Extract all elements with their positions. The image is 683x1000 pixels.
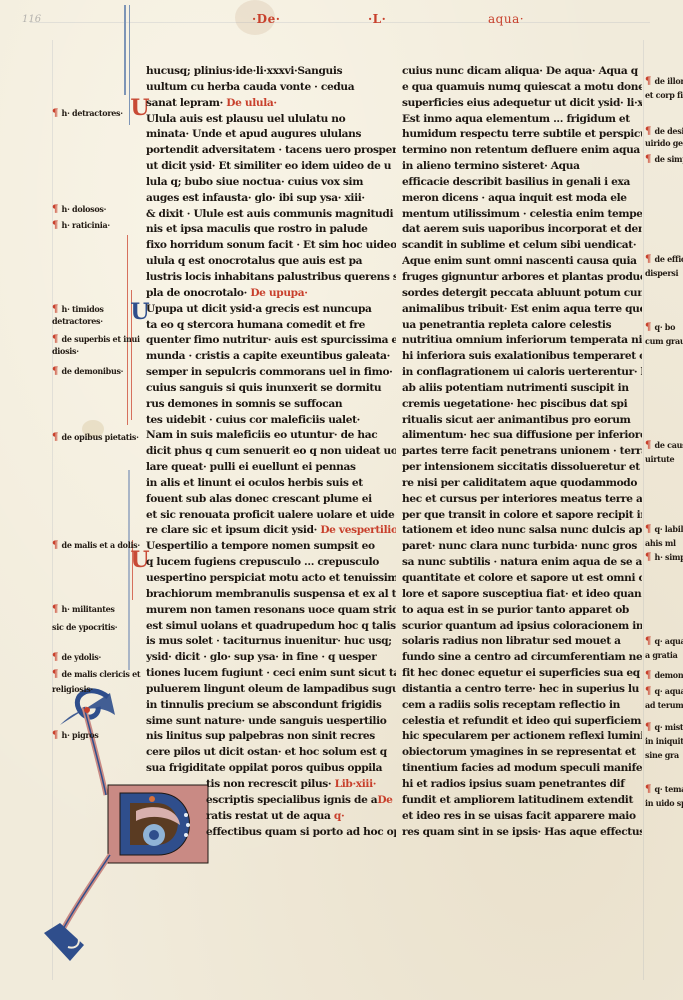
paragraph-mark-icon: ¶: [645, 722, 651, 733]
text-line: cuius sanguis si quis inunxerit se dormi…: [146, 381, 396, 397]
margin-note: religiosis·: [52, 684, 93, 694]
margin-note: ¶ de desid: [645, 126, 683, 137]
paragraph-mark-icon: ¶: [52, 366, 58, 377]
text-line: pla de onocrotalo· De upupa·: [146, 286, 396, 302]
text-line: uultum cu herba cauda vonte · cedua: [146, 80, 396, 96]
right-text-column: cuius nunc dicam aliqua· De aqua· Aqua q…: [402, 64, 642, 840]
margin-note: cum grauit: [645, 336, 683, 346]
text-line: Nam in suis maleficiis eo utuntur· de ha…: [146, 428, 396, 444]
text-line: re nisi per caliditatem aque quodammodo: [402, 476, 642, 492]
margin-note: ¶ de effic: [645, 254, 683, 265]
text-line: res quam sint in se ipsis· Has aque effe…: [402, 825, 642, 841]
pen-flourish-blue: [124, 5, 126, 95]
text-line: brachiorum membranulis suspensa et ex al…: [146, 587, 396, 603]
text-line: humidum respectu terre subtile et perspi…: [402, 127, 642, 143]
margin-note: ¶ q· tema: [645, 784, 683, 795]
margin-note: ¶ de superbis et inui: [52, 334, 140, 345]
text-line: in conflagrationem ui caloris uerterentu…: [402, 365, 642, 381]
text-line: sa nunc subtilis · natura enim aqua de s…: [402, 555, 642, 571]
margin-note: ¶ h· militantes: [52, 604, 115, 615]
rubric-de-upupa: De upupa·: [250, 287, 307, 299]
paragraph-mark-icon: ¶: [645, 254, 651, 265]
text-line: cuius nunc dicam aliqua· De aqua· Aqua q: [402, 64, 642, 80]
paragraph-mark-icon: ¶: [52, 730, 58, 741]
text-line: lula q; bubo siue noctua· cuius vox sim: [146, 175, 396, 191]
text-line: ratis restat ut de aqua q·: [146, 809, 396, 825]
margin-note: et corp fin: [645, 90, 683, 100]
text-line: obiectorum ymagines in se representat et: [402, 745, 642, 761]
text-line: cem a radiis solis receptam reflectio in: [402, 698, 642, 714]
text-line: & dixit · Ulule est auis communis magnit…: [146, 207, 396, 223]
text-line: tiones lucem fugiunt · ceci enim sunt si…: [146, 666, 396, 682]
text-line: ulula q est onocrotalus que auis est pa: [146, 254, 396, 270]
text-line: nis linitus sup palpebras non sinit recr…: [146, 729, 396, 745]
text-line: ua penetrantia repleta calore celestis: [402, 318, 642, 334]
paragraph-mark-icon: ¶: [645, 440, 651, 451]
text-line: minata· Unde et apud augures ululans: [146, 127, 396, 143]
text-line: Est inmo aqua elementum ... frigidum et: [402, 112, 642, 128]
rubric-de-vespertilione: De vespertilione·: [320, 524, 396, 536]
margin-note: ¶ de caus: [645, 440, 683, 451]
text-line: in alieno termino sisteret· Aqua: [402, 159, 642, 175]
text-line: puluerem lingunt oleum de lampadibus sug…: [146, 682, 396, 698]
text-line: superficies eius adequetur ut dicit ysid…: [402, 96, 642, 112]
text-line: Aque enim sunt omni nascenti causa quia: [402, 254, 642, 270]
text-line: uespertino perspiciat motu acto et tenui…: [146, 571, 396, 587]
text-line: tationem et ideo nunc salsa nunc dulcis …: [402, 523, 642, 539]
text-line: Ulula auis est plausu uel ululatu no: [146, 112, 396, 128]
margin-note: uirtute: [645, 454, 674, 464]
margin-note: ahis ml: [645, 538, 676, 548]
text-line: hic specularem per actionem reflexi lumi…: [402, 729, 642, 745]
text-line: lare queat· pulli ei euellunt ei pennas: [146, 460, 396, 476]
paragraph-mark-icon: ¶: [52, 204, 58, 215]
text-line: ut dicit ysid· Et similiter eo idem uide…: [146, 159, 396, 175]
text-line: semper in sepulcris commorans uel in fim…: [146, 365, 396, 381]
margin-note: ¶ de simp: [645, 154, 683, 165]
text-line: portendit adversitatem · tacens uero pro…: [146, 143, 396, 159]
text-line: efficacie describit basilius in genali i…: [402, 175, 642, 191]
text-line: fundo sine a centro ad circumferentiam n…: [402, 650, 642, 666]
text-line: munda · cristis a capite exeuntibus gale…: [146, 349, 396, 365]
paragraph-mark-icon: ¶: [645, 686, 651, 697]
text-line: murem non tamen resonans uoce quam strid…: [146, 603, 396, 619]
margin-note: dispersi: [645, 268, 678, 278]
margin-note: in uido sp: [645, 798, 683, 808]
text-line: hec et cursus per interiores meatus terr…: [402, 492, 642, 508]
paragraph-mark-icon: ¶: [645, 670, 651, 681]
text-line: in alis et linunt ei oculos herbis suis …: [146, 476, 396, 492]
text-line: hi inferiora suis exalationibus temperar…: [402, 349, 642, 365]
running-header-left: ·De·: [252, 12, 280, 26]
paragraph-mark-icon: ¶: [52, 432, 58, 443]
margin-note: ¶ de opibus pietatis·: [52, 432, 139, 443]
text-line: celestia et refundit et ideo qui superfi…: [402, 714, 642, 730]
text-line: e qua quamuis numq quiescat a motu donec: [402, 80, 642, 96]
rubric-de-aqua: De a: [377, 794, 396, 806]
paragraph-mark-icon: ¶: [645, 76, 651, 87]
text-line: solaris radius non libratur sed mouet a: [402, 634, 642, 650]
text-line: Uespertilio a tempore nomen sumpsit eo: [146, 539, 396, 555]
text-line: mentum utilissimum · celestia enim tempe…: [402, 207, 642, 223]
paragraph-mark-icon: ¶: [52, 604, 58, 615]
paragraph-mark-icon: ¶: [645, 636, 651, 647]
pen-flourish-red: [127, 235, 128, 425]
text-line: nis et ipsa maculis que rostro in palude: [146, 222, 396, 238]
paragraph-mark-icon: ¶: [52, 652, 58, 663]
text-line: quantitate et colore et sapore ut est om…: [402, 571, 642, 587]
text-line: scurior quantum ad ipsius coloracionem i…: [402, 619, 642, 635]
margin-note: uirido ge: [645, 138, 683, 148]
text-line: lustris locis inhabitans palustribus que…: [146, 270, 396, 286]
text-line: distantia a centro terre· hec in superiu…: [402, 682, 642, 698]
text-line: ta eo q stercora humana comedit et fre: [146, 318, 396, 334]
text-line: hucusq; plinius·ide·li·xxxvi·Sanguis: [146, 64, 396, 80]
text-line: fixo horridum sonum facit · Et sim hoc u…: [146, 238, 396, 254]
margin-note: sine gra: [645, 750, 679, 760]
text-line: q lucem fugiens crepusculo ... crepuscul…: [146, 555, 396, 571]
ruling-line: [30, 22, 650, 23]
text-line: sua frigiditate oppilat poros quibus opp…: [146, 761, 396, 777]
margin-note: ¶ h· simp: [645, 552, 683, 563]
running-header-middle: ·L·: [368, 12, 386, 26]
paragraph-mark-icon: ¶: [52, 220, 58, 231]
paragraph-mark-icon: ¶: [645, 524, 651, 535]
manuscript-page: 116 ·De· ·L· aqua· U U U h: [0, 0, 683, 1000]
paragraph-mark-icon: ¶: [52, 540, 58, 551]
text-line: tinentium facies ad modum speculi manife…: [402, 761, 642, 777]
text-line: nutritiua omnium inferiorum temperata ni…: [402, 333, 642, 349]
margin-note: ¶ demon: [645, 670, 683, 681]
margin-note: in iniquit: [645, 736, 683, 746]
text-line: ab aliis potentiam nutrimenti suscipit i…: [402, 381, 642, 397]
text-line: fruges gignuntur arbores et plantas prod…: [402, 270, 642, 286]
text-line: per que transit in colore et sapore reci…: [402, 508, 642, 524]
folio-number: 116: [22, 14, 41, 25]
text-line: sanat lepram· De ulula·: [146, 96, 396, 112]
text-line: rus demones in somnis se suffocan: [146, 397, 396, 413]
text-line: lore et sapore susceptiua fiat· et ideo …: [402, 587, 642, 603]
text-line: meron dicens · aqua inquit est moda ele: [402, 191, 642, 207]
margin-note: ¶ de malis clericis et: [52, 669, 140, 680]
text-line: escriptis specialibus ignis de aDe a: [146, 793, 396, 809]
paragraph-mark-icon: ¶: [645, 552, 651, 563]
text-line: sordes detergit peccata abluunt potum cu…: [402, 286, 642, 302]
margin-note: ¶ h· detractores·: [52, 108, 123, 119]
text-line: dicit phus q cum senuerit eo q non uidea…: [146, 444, 396, 460]
running-header-right: aqua·: [488, 12, 524, 26]
margin-note: ¶ h· timidos: [52, 304, 104, 315]
text-line: termino non retentum defluere enim aqua …: [402, 143, 642, 159]
text-line: re clare sic et ipsum dicit ysid· De ves…: [146, 523, 396, 539]
paragraph-mark-icon: ¶: [52, 334, 58, 345]
text-line: Upupa ut dicit ysid·a grecis est nuncupa: [146, 302, 396, 318]
paragraph-mark-icon: ¶: [52, 108, 58, 119]
text-line: fouent sub alas donec crescant plume ei: [146, 492, 396, 508]
text-line: est simul uolans et quadrupedum hoc q ta…: [146, 619, 396, 635]
text-line: cremis uegetatione· hec piscibus dat spi: [402, 397, 642, 413]
rubric-liber: Lib·xiii·: [335, 778, 377, 790]
text-line: in tinnulis precium se abscondunt frigid…: [146, 698, 396, 714]
text-line: animalibus tribuit· Est enim aqua terre …: [402, 302, 642, 318]
margin-note: a gratia: [645, 650, 677, 660]
text-line: fit hec donec equetur ei superficies sua…: [402, 666, 642, 682]
margin-note: ¶ h· pigros: [52, 730, 99, 741]
text-line: partes terre facit penetrans unionem · t…: [402, 444, 642, 460]
text-line: alimentum· hec sua diffusione per inferi…: [402, 428, 642, 444]
text-line: sime sunt nature· unde sanguis uespertil…: [146, 714, 396, 730]
text-line: is mus solet · taciturnus inuenitur· huc…: [146, 634, 396, 650]
margin-note: diosis·: [52, 346, 79, 356]
margin-note: ¶ de malis et a dolis·: [52, 540, 140, 551]
text-line: hi et radios ipsius suam penetrantes dif: [402, 777, 642, 793]
margin-note: ¶ de demonibus·: [52, 366, 123, 377]
text-line: fundit et ampliorem latitudinem extendit: [402, 793, 642, 809]
rubric-aqua-end: q·: [334, 810, 344, 822]
margin-note: sic de ypocritis·: [52, 622, 117, 632]
left-text-column: hucusq; plinius·ide·li·xxxvi·Sanguis uul…: [146, 64, 396, 840]
text-line: dat aerem suis uaporibus incorporat et d…: [402, 222, 642, 238]
paragraph-mark-icon: ¶: [52, 669, 58, 680]
text-line: et sic renouata proficit ualere uolare e…: [146, 508, 396, 524]
margin-note: ad terum: [645, 700, 683, 710]
text-line: tis non recrescit pilus· Lib·xiii·: [146, 777, 396, 793]
margin-note: ¶ q· mist: [645, 722, 683, 733]
margin-note: detractores·: [52, 316, 103, 326]
text-line: to aqua est in se purior tanto apparet o…: [402, 603, 642, 619]
text-line: auges est infausta· glo· ibi sup ysa· xi…: [146, 191, 396, 207]
text-line: effectibus quam si porto ad hoc op: [146, 825, 396, 841]
margin-note: ¶ de illorum: [645, 76, 683, 87]
text-line: ritualis sicut aer animantibus pro eorum: [402, 413, 642, 429]
paragraph-mark-icon: ¶: [645, 126, 651, 137]
paragraph-mark-icon: ¶: [645, 322, 651, 333]
text-line: et ideo res in se uisas facit apparere m…: [402, 809, 642, 825]
paragraph-mark-icon: ¶: [52, 304, 58, 315]
paragraph-mark-icon: ¶: [645, 784, 651, 795]
margin-note: ¶ de ydolis·: [52, 652, 101, 663]
text-line: ysid· dicit · glo· sup ysa· in fine · q …: [146, 650, 396, 666]
margin-note: ¶ q· aqua: [645, 686, 683, 697]
margin-note: ¶ h· dolosos·: [52, 204, 106, 215]
text-line: cere pilos ut dicit ostan· et hoc solum …: [146, 745, 396, 761]
margin-note: ¶ q· aqua: [645, 636, 683, 647]
text-line: quenter fimo nutritur· auis est spurciss…: [146, 333, 396, 349]
margin-note: ¶ q· bo: [645, 322, 675, 333]
right-margin: ¶ de illorum et corp fin ¶ de desid uiri…: [643, 0, 683, 1000]
text-line: scandit in sublime et celum sibi uendica…: [402, 238, 642, 254]
text-line: per intensionem siccitatis dissolueretur…: [402, 460, 642, 476]
text-line: tes uidebit · cuius cor maleficiis ualet…: [146, 413, 396, 429]
margin-note: ¶ h· raticinia·: [52, 220, 110, 231]
text-line: paret· nunc clara nunc turbida· nunc gro…: [402, 539, 642, 555]
rubric-de-ulula: De ulula·: [226, 97, 276, 109]
margin-note: ¶ q· labil: [645, 524, 683, 535]
paragraph-mark-icon: ¶: [645, 154, 651, 165]
